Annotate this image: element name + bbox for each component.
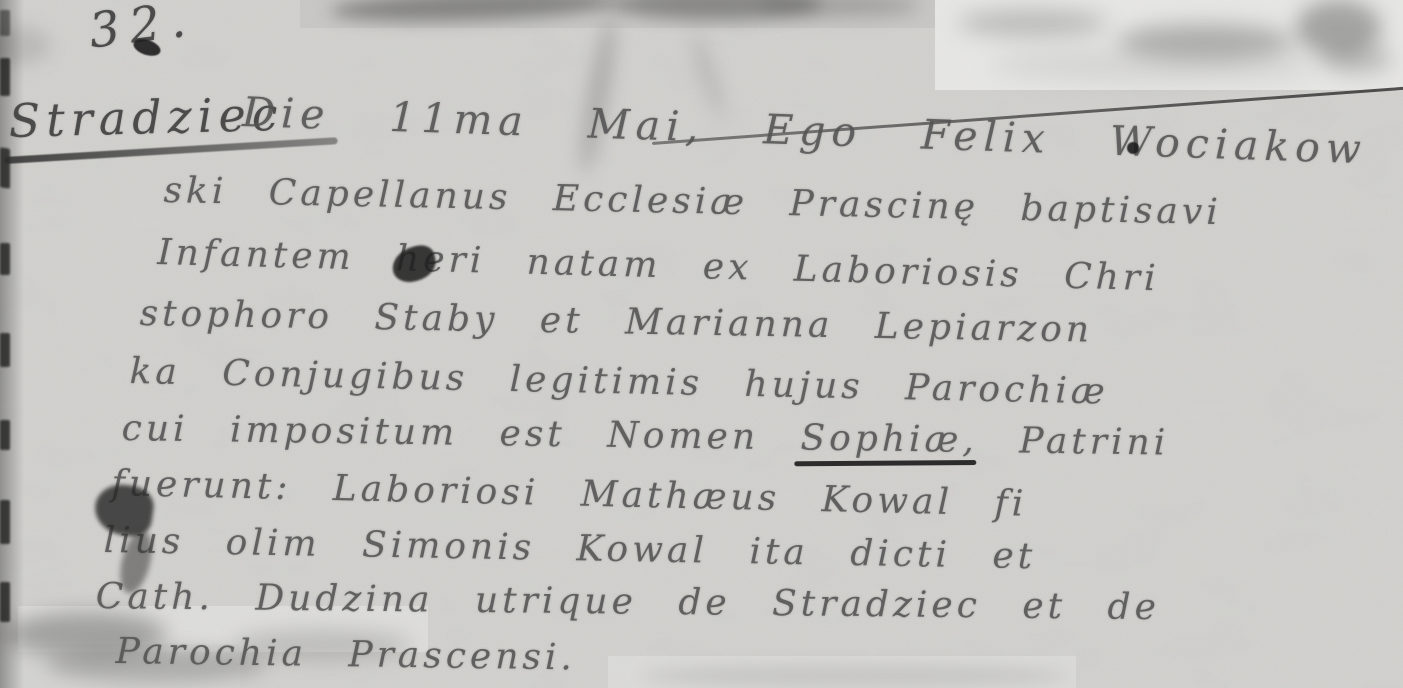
blurred-next-entry-text <box>640 664 1070 688</box>
record-line-3: Infantem heri natam ex Laboriosis Chri <box>157 232 1160 299</box>
binding-edge-mark <box>0 58 10 96</box>
record-line-6-pre: cui impositum est Nomen <box>121 408 800 458</box>
record-line-2: ski Capellanus Ecclesiæ Prascinę baptisa… <box>163 170 1222 233</box>
blurred-prior-entry-text <box>1296 0 1381 56</box>
blurred-prior-entry-text <box>958 10 1108 36</box>
record-line-6-post: , Patrini <box>962 420 1169 464</box>
blurred-prior-entry-text <box>760 0 920 16</box>
record-line-8: lius olim Simonis Kowal ita dicti et <box>103 520 1036 577</box>
binding-edge-mark <box>0 500 10 544</box>
manuscript-scan: 32. Stradziec Die 11ma Mai, Ego Felix Wo… <box>0 0 1403 688</box>
blurred-prior-entry-text <box>990 48 1320 82</box>
scan-seam-patch-bottom-center <box>608 656 1076 688</box>
baptismal-name-underline <box>794 460 976 466</box>
blurred-prior-entry-flourish <box>574 15 621 174</box>
scan-seam-patch-top-right <box>935 0 1403 90</box>
blurred-prior-entry-text <box>330 0 621 25</box>
binding-edge-mark <box>0 147 10 188</box>
binding-edge-mark <box>0 10 10 36</box>
baptismal-name: Sophiæ <box>800 417 962 460</box>
record-line-7: fuerunt: Laboriosi Mathæus Kowal fi <box>111 463 1028 525</box>
scan-seam-patch-top <box>300 0 935 28</box>
binding-edge-mark <box>0 582 10 622</box>
blurred-prior-entry-text <box>1322 44 1392 74</box>
binding-edge-mark <box>0 243 10 275</box>
blurred-prior-entry-text <box>612 0 822 20</box>
baptismal-name-text: Sophiæ <box>800 417 962 460</box>
record-line-9: Cath. Dudzina utrique de Stradziec et de <box>96 576 1161 628</box>
blurred-prior-entry-text <box>1118 24 1293 60</box>
binding-edge-mark <box>0 333 10 367</box>
record-line-6: cui impositum est Nomen Sophiæ, Patrini <box>121 408 1169 464</box>
binding-edge-mark <box>0 420 10 450</box>
record-line-4: stophoro Staby et Marianna Lepiarzon <box>139 293 1093 351</box>
record-line-10: Parochia Prascensi. <box>115 631 576 678</box>
entry-number: 32. <box>86 0 198 60</box>
record-line-5: ka Conjugibus legitimis hujus Parochiæ <box>129 351 1109 413</box>
